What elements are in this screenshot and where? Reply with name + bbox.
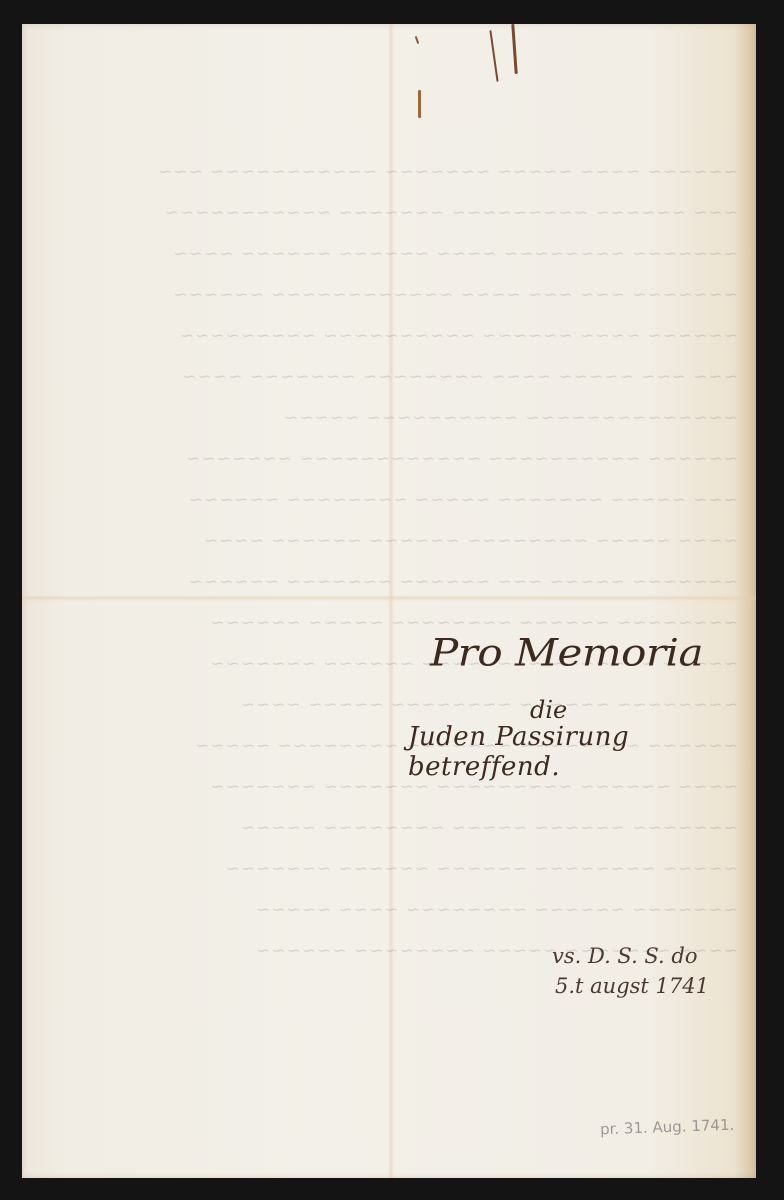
bleed-line: ~~~~~~ ~~~~~~~~~~ ~~~~~~~~~~~~ ~~~~~~~ [58, 439, 738, 480]
bleed-line: ~~~~ ~~~~~ ~~~~~~~~ ~~~~~~ ~~~~~~ ~~~~ [58, 521, 738, 562]
bleed-line: ~~~~~~ ~~~~ ~~~~~ ~~~~~~~ ~~~~~~~~~~~ ~~… [58, 152, 738, 193]
bleed-line: ~~~ ~~~~~ ~~~~~~~ ~~~~~ ~~~~~~~~ ~~~~~~ [58, 480, 738, 521]
bleed-through-text: ~~~~~~ ~~~~ ~~~~~ ~~~~~~~ ~~~~~~~~~~~ ~~… [58, 152, 738, 1032]
registry-note-line1: vs. D. S. S. do [552, 944, 698, 968]
bleed-line: ~~~~~~~ ~~~~~~~~ ~~~~ ~~~~~~ ~~~~~~ ~~~~ [58, 234, 738, 275]
bleed-line: ~~~~~~~ ~~~~~ ~~~ ~~~~~~ ~~~~~~~ ~~~~~~ [58, 562, 738, 603]
manuscript-page: ~~~~~~ ~~~~ ~~~~~ ~~~~~~~ ~~~~~~~~~~~ ~~… [22, 24, 756, 1178]
bleed-line: ~~~~~~~~~~~~~~ ~~~~~~~~~~ ~~~~~ [58, 398, 738, 439]
bleed-line: ~~~~~~~ ~~~ ~~~ ~~~~ ~~~~~~~~~~~~ ~~~~~~ [58, 275, 738, 316]
endorsement-line-die: die [530, 696, 567, 724]
bleed-line: ~~~ ~~~~~~ ~~~~~~~~~ ~~~~~~~ ~~~~~~~~~~~ [58, 193, 738, 234]
bleed-line: ~~~~~ ~~~~~~~~ ~~~~~~ ~~~~~~ ~~~~~~~ [58, 849, 738, 890]
bleed-line: ~~~ ~~~ ~~~~~ ~~~~ ~~~~~~~~ ~~~~~~~ ~~~~ [58, 357, 738, 398]
endorsement-title: Pro Memoria [430, 630, 703, 674]
bleed-line: ~~~~~~~ ~~~~~~ ~~~~~ ~~~~~~~~ ~~~~~ [58, 808, 738, 849]
bleed-line: ~~~~~~~ ~~~~~~ ~~~~~~~~ ~~~~ ~~~~~ [58, 890, 738, 931]
bleed-line: ~~~~~~~~ ~~~~~~ ~~~~~~~~ ~~~~~ ~~~~ [58, 685, 738, 726]
bleed-line: ~~~~~~ ~~~~ ~~~~~~ ~~~~~~~~~~ ~~~~~~~~~ [58, 316, 738, 357]
registry-note-date: 5.t augst 1741 [555, 974, 709, 998]
endorsement-subject: Juden Passirung betreffend. [408, 722, 784, 782]
